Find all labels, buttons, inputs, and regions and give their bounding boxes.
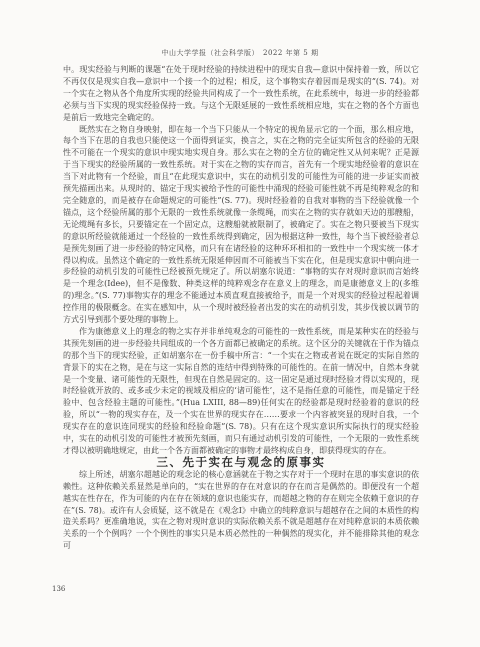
body-paragraph: 综上所述，胡塞尔超越论的观念论的核心意涵就在于物之实存对于一个现时在思的事实意识… (63, 469, 419, 552)
body-paragraph: 既然实在之物自身映射，即在每一个当下只能从一个特定的视角显示它的一个面，那么相应… (63, 124, 419, 326)
section-heading: 三、先于实在与观念的原事实 (63, 457, 419, 469)
journal-header-line: 中山大学学报（社会科学版） 2022 年第 5 期 (0, 48, 480, 58)
page-number: 136 (52, 585, 65, 593)
body-paragraph: 中。现实经验与判断的课题“在处于现时经验的持续进程中的现实自我—意识中保持着一致… (63, 64, 419, 124)
body-paragraph: 作为康德意义上的理念的物之实存并非单纯观念的可能性的一致性系统，而是某种实在的经… (63, 326, 419, 457)
scanned-paper-page: 中山大学学报（社会科学版） 2022 年第 5 期 中。现实经验与判断的课题“在… (0, 0, 480, 647)
article-body: 中。现实经验与判断的课题“在处于现时经验的持续进程中的现实自我—意识中保持着一致… (63, 64, 419, 552)
